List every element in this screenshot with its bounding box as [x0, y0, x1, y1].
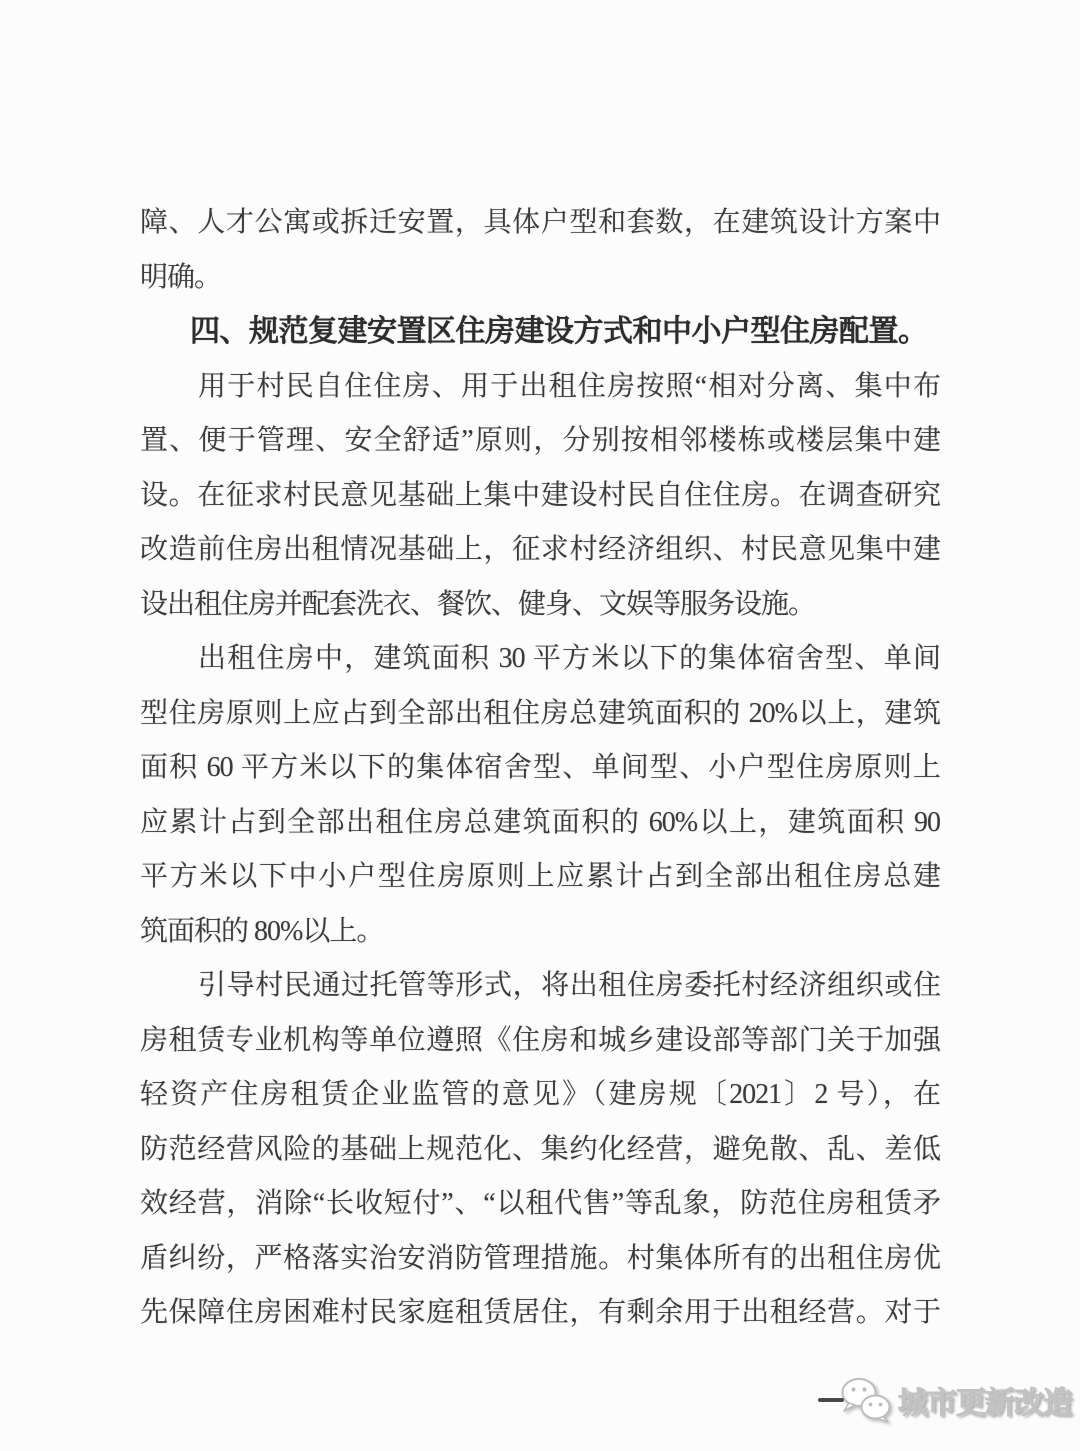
text-line: 四、规范复建安置区住房建设方式和中小户型住房配置。	[140, 305, 940, 360]
text-line: 防范经营风险的基础上规范化、集约化经营，避免散、乱、差低	[140, 1123, 940, 1178]
text-line: 筑面积的 80%以上。	[140, 905, 940, 960]
text-line: 轻资产住房租赁企业监管的意见》（建房规〔2021〕2 号），在	[140, 1068, 940, 1123]
text-line: 效经营，消除“长收短付”、“以租代售”等乱象，防范住房租赁矛	[140, 1177, 940, 1232]
watermark-brand-text: 城市更新改造	[898, 1378, 1072, 1422]
text-line: 设。在征求村民意见基础上集中建设村民自住住房。在调查研究	[140, 469, 940, 524]
text-line: 用于村民自住住房、用于出租住房按照“相对分离、集中布	[140, 360, 940, 415]
wechat-icon	[840, 1377, 892, 1423]
document-body: 障、人才公寓或拆迁安置，具体户型和套数，在建筑设计方案中明确。四、规范复建安置区…	[140, 196, 940, 1341]
text-line: 改造前住房出租情况基础上，征求村经济组织、村民意见集中建	[140, 523, 940, 578]
text-line: 型住房原则上应占到全部出租住房总建筑面积的 20%以上，建筑	[140, 687, 940, 742]
text-line: 平方米以下中小户型住房原则上应累计占到全部出租住房总建	[140, 850, 940, 905]
text-line: 出租住房中，建筑面积 30 平方米以下的集体宿舍型、单间	[140, 632, 940, 687]
text-line: 置、便于管理、安全舒适”原则，分别按相邻楼栋或楼层集中建	[140, 414, 940, 469]
text-line: 盾纠纷，严格落实治安消防管理措施。村集体所有的出租住房优	[140, 1232, 940, 1287]
text-line: 障、人才公寓或拆迁安置，具体户型和套数，在建筑设计方案中	[140, 196, 940, 251]
text-line: 设出租住房并配套洗衣、餐饮、健身、文娱等服务设施。	[140, 578, 940, 633]
dash-mark	[818, 1398, 844, 1402]
scanned-document-page: 障、人才公寓或拆迁安置，具体户型和套数，在建筑设计方案中明确。四、规范复建安置区…	[0, 0, 1080, 1451]
text-line: 引导村民通过托管等形式，将出租住房委托村经济组织或住	[140, 959, 940, 1014]
text-line: 明确。	[140, 251, 940, 306]
text-line: 应累计占到全部出租住房总建筑面积的 60%以上，建筑面积 90	[140, 796, 940, 851]
watermark: 城市更新改造	[818, 1376, 1072, 1424]
text-line: 房租赁专业机构等单位遵照《住房和城乡建设部等部门关于加强	[140, 1014, 940, 1069]
text-line: 先保障住房困难村民家庭租赁居住，有剩余用于出租经营。对于	[140, 1286, 940, 1341]
text-line: 面积 60 平方米以下的集体宿舍型、单间型、小户型住房原则上	[140, 741, 940, 796]
